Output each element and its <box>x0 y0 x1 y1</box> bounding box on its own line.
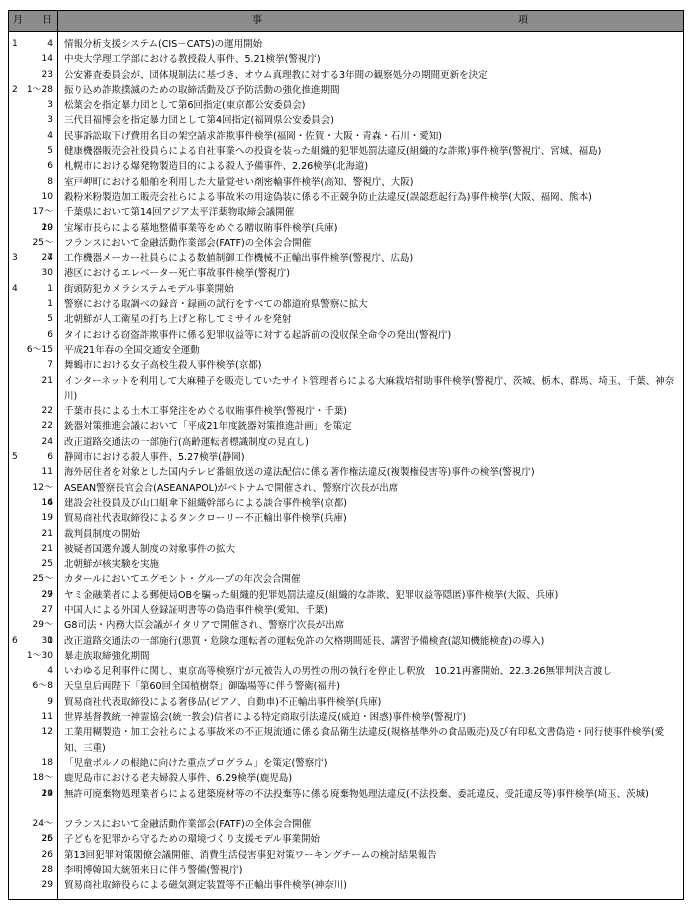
day-cell: 23 <box>42 68 53 83</box>
table-row-item: 宝塚市長らによる墓地整備事業等をめぐる贈収賄事件検挙(兵庫) <box>64 221 683 236</box>
day-cell: 26 <box>42 848 53 863</box>
month-cell <box>12 756 22 771</box>
table-row-item: 銃器対策推進会議において「平成21年度銃器対策推進計画」を策定 <box>64 419 683 434</box>
table-row-date: 24～26 <box>9 817 57 832</box>
day-cell: 1 <box>47 282 53 297</box>
table-row-date: 27 <box>9 588 57 603</box>
table-row-item: 改正道路交通法の一部施行(高齢運転者標識制度の見直し) <box>64 435 683 450</box>
table-header: 月 日 事 項 <box>9 11 683 32</box>
day-cell: 21 <box>42 374 53 389</box>
day-cell: 4 <box>47 129 53 144</box>
day-cell: 24 <box>42 435 53 450</box>
month-cell <box>12 832 22 847</box>
table-row-date: 4 <box>9 664 57 679</box>
table-row-date: 14 <box>9 52 57 67</box>
table-row-date: 29 <box>9 878 57 893</box>
table-row-item: フランスにおいて金融活動作業部会(FATF)の全体会合開催 <box>64 817 683 832</box>
month-cell <box>12 98 22 113</box>
table-row-item: 世界基督教統一神霊協会(統一教会)信者による特定商取引法違反(威迫・困惑)事件検… <box>64 710 683 725</box>
month-cell: 1 <box>12 37 22 52</box>
day-cell: 1 <box>47 634 53 649</box>
month-cell <box>12 236 22 251</box>
day-cell: 18～19 <box>22 771 53 786</box>
header-item: 事 項 <box>58 11 683 31</box>
table-row-date: 34 <box>9 251 57 266</box>
month-cell <box>12 848 22 863</box>
table-row-date: 17～20 <box>9 205 57 220</box>
day-cell: 28 <box>42 863 53 878</box>
table-row-date: 21 <box>9 374 57 405</box>
table-row-item: 北朝鮮が核実験を実施 <box>64 557 683 572</box>
table-row-item: 公安審査委員会が、団体規制法に基づき、オウム真理教に対する3年間の観察処分の期間… <box>64 68 683 83</box>
month-cell <box>12 404 22 419</box>
day-cell: 10 <box>42 190 53 205</box>
table-row-item: 室戸岬町における船舶を利用した大量覚せい剤密輸事件検挙(高知、警視庁、大阪) <box>64 175 683 190</box>
month-cell <box>12 572 22 587</box>
day-cell: 12 <box>42 725 53 740</box>
day-cell: 22 <box>42 419 53 434</box>
day-cell: 19 <box>42 511 53 526</box>
month-cell <box>12 343 22 358</box>
table-row-date: 5 <box>9 312 57 327</box>
table-row-item: 静岡市における殺人事件、5.27検挙(静岡) <box>64 450 683 465</box>
table-row-date: 41 <box>9 282 57 297</box>
table-row-date: 1～30 <box>9 649 57 664</box>
table-row-date: 14 <box>9 37 57 52</box>
table-row-date: 30 <box>9 266 57 281</box>
table-row-date: 12～16 <box>9 481 57 496</box>
month-cell <box>12 190 22 205</box>
day-cell: 12～16 <box>22 481 53 496</box>
table-row-item: 三代目福博会を指定暴力団として第4回指定(福岡県公安委員会) <box>64 113 683 128</box>
table-body: 14142321～283345681017～201925～27343041156… <box>9 32 683 900</box>
table-row-date: 28 <box>9 863 57 878</box>
table-row-item: 松葉会を指定暴力団として第6回指定(東京都公安委員会) <box>64 98 683 113</box>
table-row-date: 11 <box>9 710 57 725</box>
day-cell: 6～15 <box>27 343 53 358</box>
table-row-item: 健康機器販売会社役員らによる自社事業への投資を装った組織的犯罪処罰法違反(組織的… <box>64 144 683 159</box>
table-row-date: 18 <box>9 756 57 771</box>
day-cell: 14 <box>42 52 53 67</box>
day-cell: 3 <box>47 113 53 128</box>
day-cell: 25 <box>42 832 53 847</box>
table-row-date: 21～28 <box>9 83 57 98</box>
month-cell: 5 <box>12 450 22 465</box>
table-row-item: インターネットを利用して大麻種子を販売していたサイト管理者らによる大麻栽培幇助事… <box>64 374 683 405</box>
month-cell: 4 <box>12 282 22 297</box>
table-row-date: 3 <box>9 98 57 113</box>
month-cell <box>12 328 22 343</box>
month-cell <box>12 679 22 694</box>
month-cell: 6 <box>12 634 22 649</box>
day-cell: 29～30 <box>22 618 53 633</box>
day-cell: 11 <box>42 465 53 480</box>
table-row-date: 56 <box>9 450 57 465</box>
table-row-date: 21 <box>9 527 57 542</box>
table-row-item: G8司法・内務大臣会議がイタリアで開催され、警察庁次長が出席 <box>64 618 683 633</box>
month-cell: 3 <box>12 251 22 266</box>
table-row-date: 25 <box>9 557 57 572</box>
month-cell <box>12 588 22 603</box>
table-row-item: 無許可廃棄物処理業者らによる建築廃材等の不法投棄等に係る廃棄物処理法違反(不法投… <box>64 787 683 818</box>
day-cell: 4 <box>47 664 53 679</box>
table-row-item: ヤミ金融業者による郵便局OBを騙った組織的犯罪処罰法違反(組織的な詐欺、犯罪収益… <box>64 588 683 603</box>
table-row-date: 14 <box>9 496 57 511</box>
day-cell: 6 <box>47 159 53 174</box>
table-row-date: 8 <box>9 175 57 190</box>
month-cell <box>12 771 22 786</box>
table-row-date: 6 <box>9 328 57 343</box>
table-row-item: 穀粉米粉製造加工販売会社らによる事故米の用途偽装に係る不正競争防止法違反(誤認惹… <box>64 190 683 205</box>
month-cell <box>12 817 22 832</box>
day-cell: 5 <box>47 312 53 327</box>
table-row-item: 李明博韓国大統領来日に伴う警備(警視庁) <box>64 863 683 878</box>
month-cell <box>12 618 22 633</box>
table-row-date: 10 <box>9 190 57 205</box>
table-row-date: 27 <box>9 603 57 618</box>
table-row-item: 天皇皇后両陛下「第60回全国植樹祭」御臨場等に伴う警衛(福井) <box>64 679 683 694</box>
month-cell <box>12 435 22 450</box>
month-cell <box>12 297 22 312</box>
month-cell <box>12 664 22 679</box>
table-row-item: 振り込め詐欺撲滅のための取締活動及び予防活動の強化推進期間 <box>64 83 683 98</box>
table-row-item: 建設会社役員及び山口組傘下組織幹部らによる談合事件検挙(京都) <box>64 496 683 511</box>
day-cell: 6 <box>47 328 53 343</box>
day-cell: 25～29 <box>22 572 53 587</box>
month-cell <box>12 557 22 572</box>
month-cell <box>12 266 22 281</box>
day-cell: 5 <box>47 144 53 159</box>
table-row-item: 貿易商社代表取締役による奢侈品(ピアノ、自動車)不正輸出事件検挙(兵庫) <box>64 695 683 710</box>
day-cell: 21 <box>42 542 53 557</box>
table-row-item: 裁判員制度の開始 <box>64 527 683 542</box>
day-cell: 25～27 <box>22 236 53 251</box>
month-cell <box>12 496 22 511</box>
day-cell: 24 <box>42 787 53 802</box>
table-row-date: 4 <box>9 129 57 144</box>
table-row-item: 中央大学理工学部における教授殺人事件、5.21検挙(警視庁) <box>64 52 683 67</box>
day-cell: 27 <box>42 603 53 618</box>
day-cell: 17～20 <box>22 205 53 220</box>
day-cell: 6 <box>47 450 53 465</box>
table-row-item: ASEAN警察長官会合(ASEANAPOL)がベトナムで開催され、警察庁次長が出… <box>64 481 683 496</box>
month-cell <box>12 527 22 542</box>
table-row-item: カタールにおいてエグモント・グループの年次会合開催 <box>64 572 683 587</box>
day-cell: 24～26 <box>22 817 53 832</box>
month-cell <box>12 542 22 557</box>
day-cell: 11 <box>42 710 53 725</box>
month-cell <box>12 68 22 83</box>
day-cell: 14 <box>42 496 53 511</box>
table-row-date: 29～30 <box>9 618 57 633</box>
table-row-date: 61 <box>9 634 57 649</box>
table-row-item: フランスにおいて金融活動作業部会(FATF)の全体会合開催 <box>64 236 683 251</box>
day-cell: 1～28 <box>27 83 53 98</box>
table-row-item: 北朝鮮が人工衛星の打ち上げと称してミサイルを発射 <box>64 312 683 327</box>
month-cell <box>12 144 22 159</box>
table-row-date: 6 <box>9 159 57 174</box>
table-row-date: 11 <box>9 465 57 480</box>
day-cell: 30 <box>42 266 53 281</box>
table-row-date: 3 <box>9 113 57 128</box>
table-row-date: 24 <box>9 787 57 818</box>
date-column: 14142321～283345681017～201925～27343041156… <box>9 32 58 900</box>
day-cell: 1～30 <box>27 649 53 664</box>
table-row-item: 民事訴訟取下げ費用名目の架空請求詐欺事件検挙(福岡・佐賀・大阪・青森・石川・愛知… <box>64 129 683 144</box>
table-row-item: 舞鶴市における女子高校生殺人事件検挙(京都) <box>64 358 683 373</box>
day-cell: 19 <box>42 221 53 236</box>
header-month: 月 <box>13 11 23 31</box>
day-cell: 22 <box>42 404 53 419</box>
month-cell <box>12 175 22 190</box>
day-cell: 4 <box>47 251 53 266</box>
day-cell: 25 <box>42 557 53 572</box>
table-row-item: 情報分析支援システム(CIS－CATS)の運用開始 <box>64 37 683 52</box>
month-cell <box>12 205 22 220</box>
day-cell: 1 <box>47 297 53 312</box>
month-cell <box>12 129 22 144</box>
month-cell <box>12 878 22 893</box>
table-row-item: 鹿児島市における老夫婦殺人事件、6.29検挙(鹿児島) <box>64 771 683 786</box>
month-cell <box>12 312 22 327</box>
table-row-date: 23 <box>9 68 57 83</box>
table-row-item: 被疑者国選弁護人制度の対象事件の拡大 <box>64 542 683 557</box>
day-cell: 27 <box>42 588 53 603</box>
table-row-date: 25～29 <box>9 572 57 587</box>
month-cell <box>12 863 22 878</box>
month-cell <box>12 695 22 710</box>
month-cell <box>12 481 22 496</box>
table-row-item: タイにおける窃盗詐欺事件に係る犯罪収益等に対する起訴前の没収保全命令の発出(警視… <box>64 328 683 343</box>
day-cell: 6～8 <box>33 679 53 694</box>
day-cell: 9 <box>47 695 53 710</box>
table-row-item: 貿易商社取締役らによる磁気測定装置等不正輸出事件検挙(神奈川) <box>64 878 683 893</box>
table-row-item: 中国人による外国人登録証明書等の偽造事件検挙(愛知、千葉) <box>64 603 683 618</box>
table-row-item: 暴走族取締強化期間 <box>64 649 683 664</box>
table-row-item: 第13回犯罪対策閣僚会議開催、消費生活侵害事犯対策ワーキングチームの検討結果報告 <box>64 848 683 863</box>
table-row-item: 千葉市長による土木工事発注をめぐる収賄事件検挙(警視庁・千葉) <box>64 404 683 419</box>
month-cell <box>12 649 22 664</box>
table-row-date: 19 <box>9 511 57 526</box>
table-row-date: 6～8 <box>9 679 57 694</box>
table-row-date: 24 <box>9 435 57 450</box>
table-row-item: 「児童ポルノの根絶に向けた重点プログラム」を策定(警察庁) <box>64 756 683 771</box>
table-row-item: 子どもを犯罪から守るための環境づくり支援モデル事業開始 <box>64 832 683 847</box>
table-row-item: 工業用糊製造・加工会社らによる事故米の不正規流通に係る食品衛生法違反(規格基準外… <box>64 725 683 756</box>
table-row-date: 26 <box>9 848 57 863</box>
month-cell <box>12 52 22 67</box>
table-row-item: 工作機器メーカー社員らによる数値制御工作機械不正輸出事件検挙(警視庁、広島) <box>64 251 683 266</box>
month-cell <box>12 358 22 373</box>
month-cell <box>12 113 22 128</box>
month-cell: 2 <box>12 83 22 98</box>
table-row-item: 港区におけるエレベーター死亡事故事件検挙(警視庁) <box>64 266 683 281</box>
month-cell <box>12 511 22 526</box>
table-row-item: 警察における取調べの録音・録画の試行をすべての都道府県警察に拡大 <box>64 297 683 312</box>
table-row-item: 海外居住者を対象とした国内テレビ番組放送の違法配信に係る著作権法違反(複製権侵害… <box>64 465 683 480</box>
month-cell <box>12 465 22 480</box>
table-row-date: 22 <box>9 419 57 434</box>
table-row-item: 千葉県において第14回アジア太平洋薬物取締会議開催 <box>64 205 683 220</box>
table-row-item: 貿易商社代表取締役によるタンクローリー不正輸出事件検挙(兵庫) <box>64 511 683 526</box>
table-row-date: 25～27 <box>9 236 57 251</box>
day-cell: 18 <box>42 756 53 771</box>
header-item-right: 項 <box>518 11 528 31</box>
table-row-date: 18～19 <box>9 771 57 786</box>
chronology-table: 月 日 事 項 14142321～283345681017～201925～273… <box>8 10 684 900</box>
table-row-date: 6～15 <box>9 343 57 358</box>
day-cell: 29 <box>42 878 53 893</box>
table-row-date: 19 <box>9 221 57 236</box>
table-row-date: 5 <box>9 144 57 159</box>
table-row-date: 7 <box>9 358 57 373</box>
table-row-date: 9 <box>9 695 57 710</box>
month-cell <box>12 159 22 174</box>
table-row-item: いわゆる足利事件に関し、東京高等検察庁が元被告人の男性の刑の執行を停止し釈放 1… <box>64 664 683 679</box>
table-row-date: 25 <box>9 832 57 847</box>
header-item-left: 事 <box>252 11 262 31</box>
table-row-item: 改正道路交通法の一部施行(悪質・危険な運転者の運転免許の欠格期間延長、講習予備検… <box>64 634 683 649</box>
day-cell: 7 <box>47 358 53 373</box>
table-row-date: 12 <box>9 725 57 756</box>
header-date: 月 日 <box>9 11 58 31</box>
table-row-date: 22 <box>9 404 57 419</box>
table-row-item: 街頭防犯カメラシステムモデル事業開始 <box>64 282 683 297</box>
day-cell: 8 <box>47 175 53 190</box>
table-row-item: 札幌市における爆発物製造目的による殺人予備事件、2.26検挙(北海道) <box>64 159 683 174</box>
day-cell: 3 <box>47 98 53 113</box>
month-cell <box>12 710 22 725</box>
table-row-item: 平成21年春の全国交通安全運動 <box>64 343 683 358</box>
month-cell <box>12 221 22 236</box>
table-row-date: 1 <box>9 297 57 312</box>
month-cell <box>12 603 22 618</box>
month-cell <box>12 419 22 434</box>
day-cell: 4 <box>47 37 53 52</box>
table-row-date: 21 <box>9 542 57 557</box>
day-cell: 21 <box>42 527 53 542</box>
header-day: 日 <box>42 11 52 31</box>
item-column: 情報分析支援システム(CIS－CATS)の運用開始中央大学理工学部における教授殺… <box>58 32 683 900</box>
